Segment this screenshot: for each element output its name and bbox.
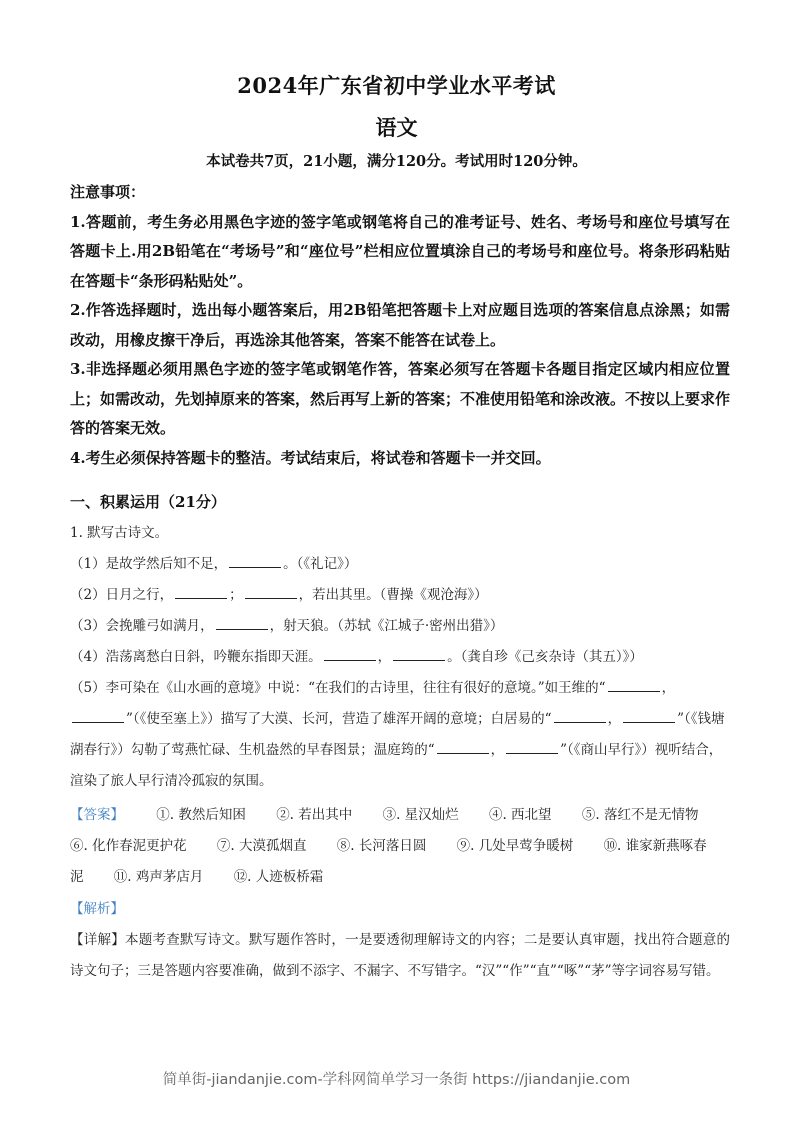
answer-item: ③. 星汉灿烂: [383, 807, 459, 823]
part-text: 李可染在《山水画的意境》中说：“在我们的古诗里，往往有很好的意境。”如王维的“: [106, 680, 606, 696]
answer-blank[interactable]: [608, 677, 660, 692]
note-item-1: 1.答题前，考生务必用黑色字迹的签字笔或钢笔将自己的准考证号、姓名、考场号和座位…: [70, 208, 730, 297]
part-text: ，: [378, 649, 392, 665]
answer-blank[interactable]: [623, 708, 675, 723]
part-text: 是故学然后知不足，: [106, 556, 228, 572]
part-text: 。（《礼记》）: [283, 556, 357, 572]
answer-blank[interactable]: [324, 646, 376, 661]
part-text: ；: [229, 587, 243, 603]
question-stem: 1. 默写古诗文。: [70, 518, 730, 549]
answer-item: ⑫. 人迹板桥霜: [234, 869, 324, 885]
part-text: ”（《使至塞上》）描写了大漠、长河，营造了雄浑开阔的意境；白居易的“: [126, 711, 552, 727]
notes-heading: 注意事项：: [70, 178, 730, 208]
note-item-2: 2.作答选择题时，选出每小题答案后，用2B铅笔把答题卡上对应题目选项的答案信息点…: [70, 296, 730, 355]
answer-item: ⑧. 长河落日圆: [337, 838, 427, 854]
part-label: （1）: [70, 556, 106, 572]
note-item-3: 3.非选择题必须用黑色字迹的签字笔或钢笔作答，答案必须写在答题卡各题目指定区域内…: [70, 355, 730, 444]
question-part-4: （4）浩荡离愁白日斜，吟鞭东指即天涯。，。（龚自珍《己亥杂诗（其五）》）: [70, 642, 730, 673]
analysis-detail: 【详解】本题考查默写诗文。默写题作答时，一是要透彻理解诗文的内容；二是要认真审题…: [70, 925, 730, 987]
note-item-4: 4.考生必须保持答题卡的整洁。考试结束后，将试卷和答题卡一并交回。: [70, 444, 730, 474]
answer-blank[interactable]: [229, 553, 281, 568]
footer-watermark: 简单街-jiandanjie.com-学科网简单学习一条街 https://ji…: [0, 1068, 793, 1089]
answer-blank[interactable]: [245, 584, 297, 599]
answer-block: 【答案】 ①. 教然后知困 ②. 若出其中 ③. 星汉灿烂 ④. 西北望 ⑤. …: [70, 800, 730, 893]
answer-blank[interactable]: [216, 615, 268, 630]
answer-blank[interactable]: [554, 708, 606, 723]
answer-item: ②. 若出其中: [276, 807, 352, 823]
part-text: 日月之行，: [106, 587, 174, 603]
exam-page: 2024年广东省初中学业水平考试 语文 本试卷共7页，21小题，满分120分。考…: [0, 0, 793, 1122]
analysis-tag: 【解析】: [70, 894, 730, 925]
question-part-5: （5）李可染在《山水画的意境》中说：“在我们的古诗里，往往有很好的意境。”如王维…: [70, 673, 730, 797]
exam-title: 2024年广东省初中学业水平考试: [0, 70, 793, 100]
exam-subject: 语文: [0, 112, 793, 142]
part-text: ，射天狼。（苏轼《江城子·密州出猎》）: [270, 618, 504, 634]
answer-blank[interactable]: [506, 739, 558, 754]
part-label: （2）: [70, 587, 106, 603]
part-text: ，: [662, 680, 676, 696]
detail-text: 本题考查默写诗文。默写题作答时，一是要透彻理解诗文的内容；二是要认真审题，找出符…: [70, 932, 730, 979]
analysis-block: 【解析】 【详解】本题考查默写诗文。默写题作答时，一是要透彻理解诗文的内容；二是…: [70, 894, 730, 987]
part-text: 。（龚自珍《己亥杂诗（其五）》）: [447, 649, 643, 665]
question-1: 1. 默写古诗文。 （1）是故学然后知不足，。（《礼记》） （2）日月之行，；，…: [70, 518, 730, 797]
answer-blank[interactable]: [175, 584, 227, 599]
question-part-1: （1）是故学然后知不足，。（《礼记》）: [70, 549, 730, 580]
answer-item: ④. 西北望: [489, 807, 552, 823]
part-text: ，: [491, 742, 505, 758]
detail-tag: 【详解】: [70, 932, 125, 948]
part-label: （4）: [70, 649, 106, 665]
part-text: 浩荡离愁白日斜，吟鞭东指即天涯。: [106, 649, 322, 665]
answer-blank[interactable]: [72, 708, 124, 723]
part-text: 会挽雕弓如满月，: [106, 618, 214, 634]
part-text: ，: [608, 711, 622, 727]
answer-tag: 【答案】: [70, 807, 124, 823]
part-text: ，若出其里。（曹操《观沧海》）: [299, 587, 488, 603]
answer-item: ⑥. 化作春泥更护花: [70, 838, 187, 854]
answer-item: ⑪. 鸡声茅店月: [114, 869, 204, 885]
part-label: （5）: [70, 680, 106, 696]
exam-info: 本试卷共7页，21小题，满分120分。考试用时120分钟。: [0, 150, 793, 171]
answer-blank[interactable]: [437, 739, 489, 754]
answer-item: ⑨. 几处早莺争暖树: [457, 838, 574, 854]
answer-item: ①. 教然后知困: [156, 807, 246, 823]
section-title: 一、积累运用（21分）: [70, 491, 226, 512]
part-label: （3）: [70, 618, 106, 634]
answer-blank[interactable]: [393, 646, 445, 661]
notes-block: 注意事项： 1.答题前，考生务必用黑色字迹的签字笔或钢笔将自己的准考证号、姓名、…: [70, 178, 730, 473]
answer-item: ⑦. 大漠孤烟直: [217, 838, 307, 854]
question-part-2: （2）日月之行，；，若出其里。（曹操《观沧海》）: [70, 580, 730, 611]
question-part-3: （3）会挽雕弓如满月，，射天狼。（苏轼《江城子·密州出猎》）: [70, 611, 730, 642]
answer-item: ⑤. 落红不是无情物: [582, 807, 699, 823]
